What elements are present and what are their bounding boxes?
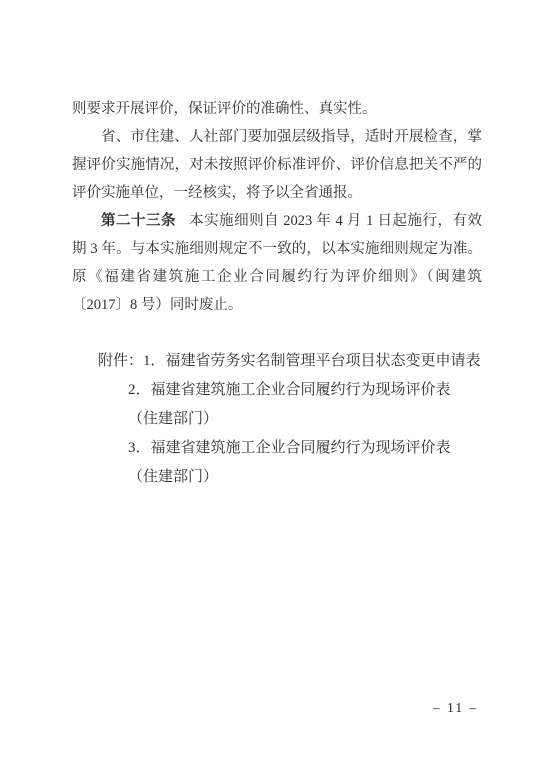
attachment-item: 3．福建省建筑施工企业合同履约行为现场评价表 bbox=[128, 434, 482, 463]
attachment-title: 福建省劳务实名制管理平台项目状态变更申请表 bbox=[166, 353, 481, 369]
attachment-title: 福建省建筑施工企业合同履约行为现场评价表 bbox=[151, 440, 451, 456]
article-number: 第二十三条 bbox=[101, 213, 176, 229]
attachment-number: 3． bbox=[128, 440, 151, 456]
attachment-note: （住建部门） bbox=[128, 405, 482, 434]
page-number: – 11 – bbox=[433, 699, 478, 717]
attachment-item: 附件：1．福建省劳务实名制管理平台项目状态变更申请表 bbox=[98, 347, 482, 376]
paragraph-continuation: 则要求开展评价，保证评价的准确性、真实性。 bbox=[72, 95, 482, 123]
attachments-label: 附件： bbox=[98, 353, 143, 369]
attachment-note: （住建部门） bbox=[128, 463, 482, 492]
paragraph-article-23: 第二十三条本实施细则自 2023 年 4 月 1 日起施行，有效期 3 年。与本… bbox=[72, 207, 482, 319]
attachment-item: 2．福建省建筑施工企业合同履约行为现场评价表 bbox=[128, 376, 482, 405]
paragraph-supervision: 省、市住建、人社部门要加强层级指导，适时开展检查，掌握评价实施情况，对未按照评价… bbox=[72, 123, 482, 207]
attachments-block: 附件：1．福建省劳务实名制管理平台项目状态变更申请表 2．福建省建筑施工企业合同… bbox=[72, 347, 482, 492]
document-page: 则要求开展评价，保证评价的准确性、真实性。 省、市住建、人社部门要加强层级指导，… bbox=[0, 0, 554, 784]
document-body: 则要求开展评价，保证评价的准确性、真实性。 省、市住建、人社部门要加强层级指导，… bbox=[72, 95, 482, 492]
attachment-title: 福建省建筑施工企业合同履约行为现场评价表 bbox=[151, 382, 451, 398]
attachment-number: 1． bbox=[143, 353, 166, 369]
attachment-number: 2． bbox=[128, 382, 151, 398]
